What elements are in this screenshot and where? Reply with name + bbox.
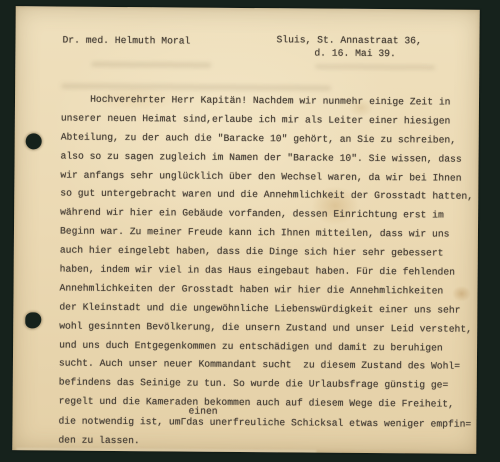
sender-address: Sluis, St. Annastraat 36, bbox=[276, 34, 421, 47]
letter-paper: Dr. med. Helmuth Moral Sluis, St. Annast… bbox=[12, 6, 479, 454]
ink-smudge bbox=[61, 84, 331, 91]
photo-background: { "colors": { "bg": "#16221c", "paper": … bbox=[0, 0, 500, 462]
ink-smudge bbox=[315, 65, 435, 70]
ink-smudge bbox=[91, 62, 211, 68]
paper-edge-highlight bbox=[16, 448, 316, 452]
letter-line: regelt und die Kameraden bekommen auch a… bbox=[59, 393, 480, 415]
letter-line: die notwendig ist, umΓdas unerfreuliche … bbox=[58, 416, 471, 433]
letter-line: den zu lassen. bbox=[58, 435, 139, 450]
punch-hole bbox=[25, 312, 41, 328]
punch-hole bbox=[26, 133, 42, 149]
letter-body: Hochverehrter Herr Kapitän! Nachdem wir … bbox=[59, 91, 480, 416]
letter-date: d. 16. Mai 39. bbox=[314, 48, 395, 61]
sender-name: Dr. med. Helmuth Moral bbox=[62, 35, 190, 48]
